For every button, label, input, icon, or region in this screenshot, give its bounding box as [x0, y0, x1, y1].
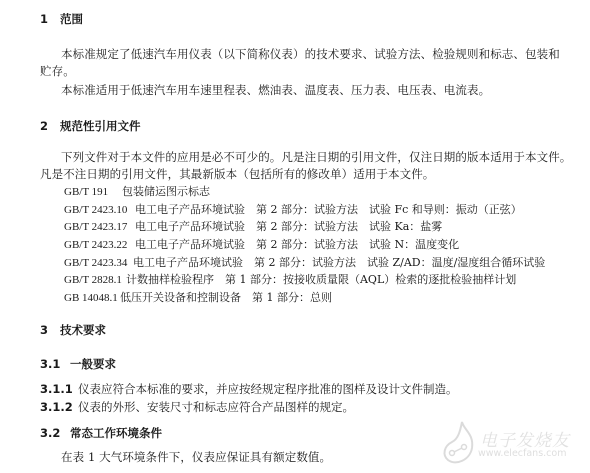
- paragraph: 本标准适用于低速汽车用车速里程表、燃油表、温度表、压力表、电压表、电流表。: [61, 82, 490, 98]
- reference-title: 电工电子产品环境试验 第 2 部分：试验方法 试验 Z/AD：温度/湿度组合循环…: [133, 256, 545, 269]
- reference-title: 低压开关设备和控制设备 第 1 部分：总则: [120, 291, 332, 304]
- subsection-title: 一般要求: [70, 357, 116, 371]
- elecfans-logo-icon: [440, 420, 480, 468]
- subsection-3-2-heading: 3.2常态工作环境条件: [40, 425, 162, 441]
- watermark-url: www.elecfans.com: [478, 448, 566, 459]
- clause-item: 3.1.2仪表的外形、安装尺寸和标志应符合产品图样的规定。: [40, 399, 354, 415]
- reference-title: 电工电子产品环境试验 第 2 部分：试验方法 试验 Ka：盐雾: [135, 220, 442, 233]
- reference-title: 计数抽样检验程序 第 1 部分：按接收质量限（AQL）检索的逐批检验抽样计划: [126, 273, 516, 286]
- paragraph: 凡是不注日期的引用文件，其最新版本（包括所有的修改单）适用于本文件。: [40, 166, 434, 182]
- reference-code: GB 14048.1: [64, 292, 120, 304]
- section-number: 2: [40, 119, 60, 133]
- clause-number: 3.1.1: [40, 382, 78, 396]
- section-number: 3: [40, 323, 60, 337]
- reference-code: GB/T 2423.17: [64, 221, 135, 233]
- paragraph: 本标准规定了低速汽车用仪表（以下简称仪表）的技术要求、试验方法、检验规则和标志、…: [61, 46, 560, 62]
- paragraph: 贮存。: [40, 63, 75, 79]
- section-2-heading: 2规范性引用文件: [40, 118, 141, 134]
- reference-item: GB/T 2423.10电工电子产品环境试验 第 2 部分：试验方法 试验 Fc…: [64, 201, 522, 217]
- reference-code: GB/T 2423.34: [64, 257, 133, 269]
- section-title: 规范性引用文件: [60, 119, 141, 133]
- clause-number: 3.1.2: [40, 400, 78, 414]
- section-title: 范围: [60, 12, 83, 26]
- subsection-number: 3.1: [40, 357, 70, 371]
- watermark: 电子发烧友 www.elecfans.com: [440, 420, 590, 470]
- section-3-heading: 3技术要求: [40, 322, 106, 338]
- reference-title: 电工电子产品环境试验 第 2 部分：试验方法 试验 Fc 和导则：振动（正弦）: [135, 203, 522, 216]
- subsection-number: 3.2: [40, 426, 70, 440]
- clause-text: 仪表的外形、安装尺寸和标志应符合产品图样的规定。: [78, 400, 354, 414]
- reference-item: GB/T 2828.1计数抽样检验程序 第 1 部分：按接收质量限（AQL）检索…: [64, 271, 516, 287]
- section-1-heading: 1范围: [40, 11, 83, 27]
- paragraph: 在表 1 大气环境条件下，仪表应保证具有额定数值。: [61, 449, 331, 465]
- reference-code: GB/T 2423.22: [64, 239, 135, 251]
- reference-code: GB/T 2828.1: [64, 274, 126, 286]
- reference-item: GB 14048.1低压开关设备和控制设备 第 1 部分：总则: [64, 289, 332, 305]
- paragraph: 下列文件对于本文件的应用是必不可少的。凡是注日期的引用文件，仅注日期的版本适用于…: [61, 149, 571, 165]
- clause-text: 仪表应符合本标准的要求，并应按经规定程序批准的图样及设计文件制造。: [78, 382, 458, 396]
- section-number: 1: [40, 12, 60, 26]
- subsection-title: 常态工作环境条件: [70, 426, 162, 440]
- clause-item: 3.1.1仪表应符合本标准的要求，并应按经规定程序批准的图样及设计文件制造。: [40, 381, 458, 397]
- reference-title: 电工电子产品环境试验 第 2 部分：试验方法 试验 N：温度变化: [135, 238, 459, 251]
- reference-item: GB/T 2423.17电工电子产品环境试验 第 2 部分：试验方法 试验 Ka…: [64, 218, 442, 234]
- section-title: 技术要求: [60, 323, 106, 337]
- reference-item: GB/T 2423.22电工电子产品环境试验 第 2 部分：试验方法 试验 N：…: [64, 236, 459, 252]
- reference-item: GB/T 191包装储运图示标志: [64, 183, 210, 199]
- reference-item: GB/T 2423.34电工电子产品环境试验 第 2 部分：试验方法 试验 Z/…: [64, 254, 545, 270]
- reference-title: 包装储运图示标志: [122, 185, 210, 198]
- subsection-3-1-heading: 3.1一般要求: [40, 356, 116, 372]
- reference-code: GB/T 191: [64, 186, 122, 198]
- reference-code: GB/T 2423.10: [64, 204, 135, 216]
